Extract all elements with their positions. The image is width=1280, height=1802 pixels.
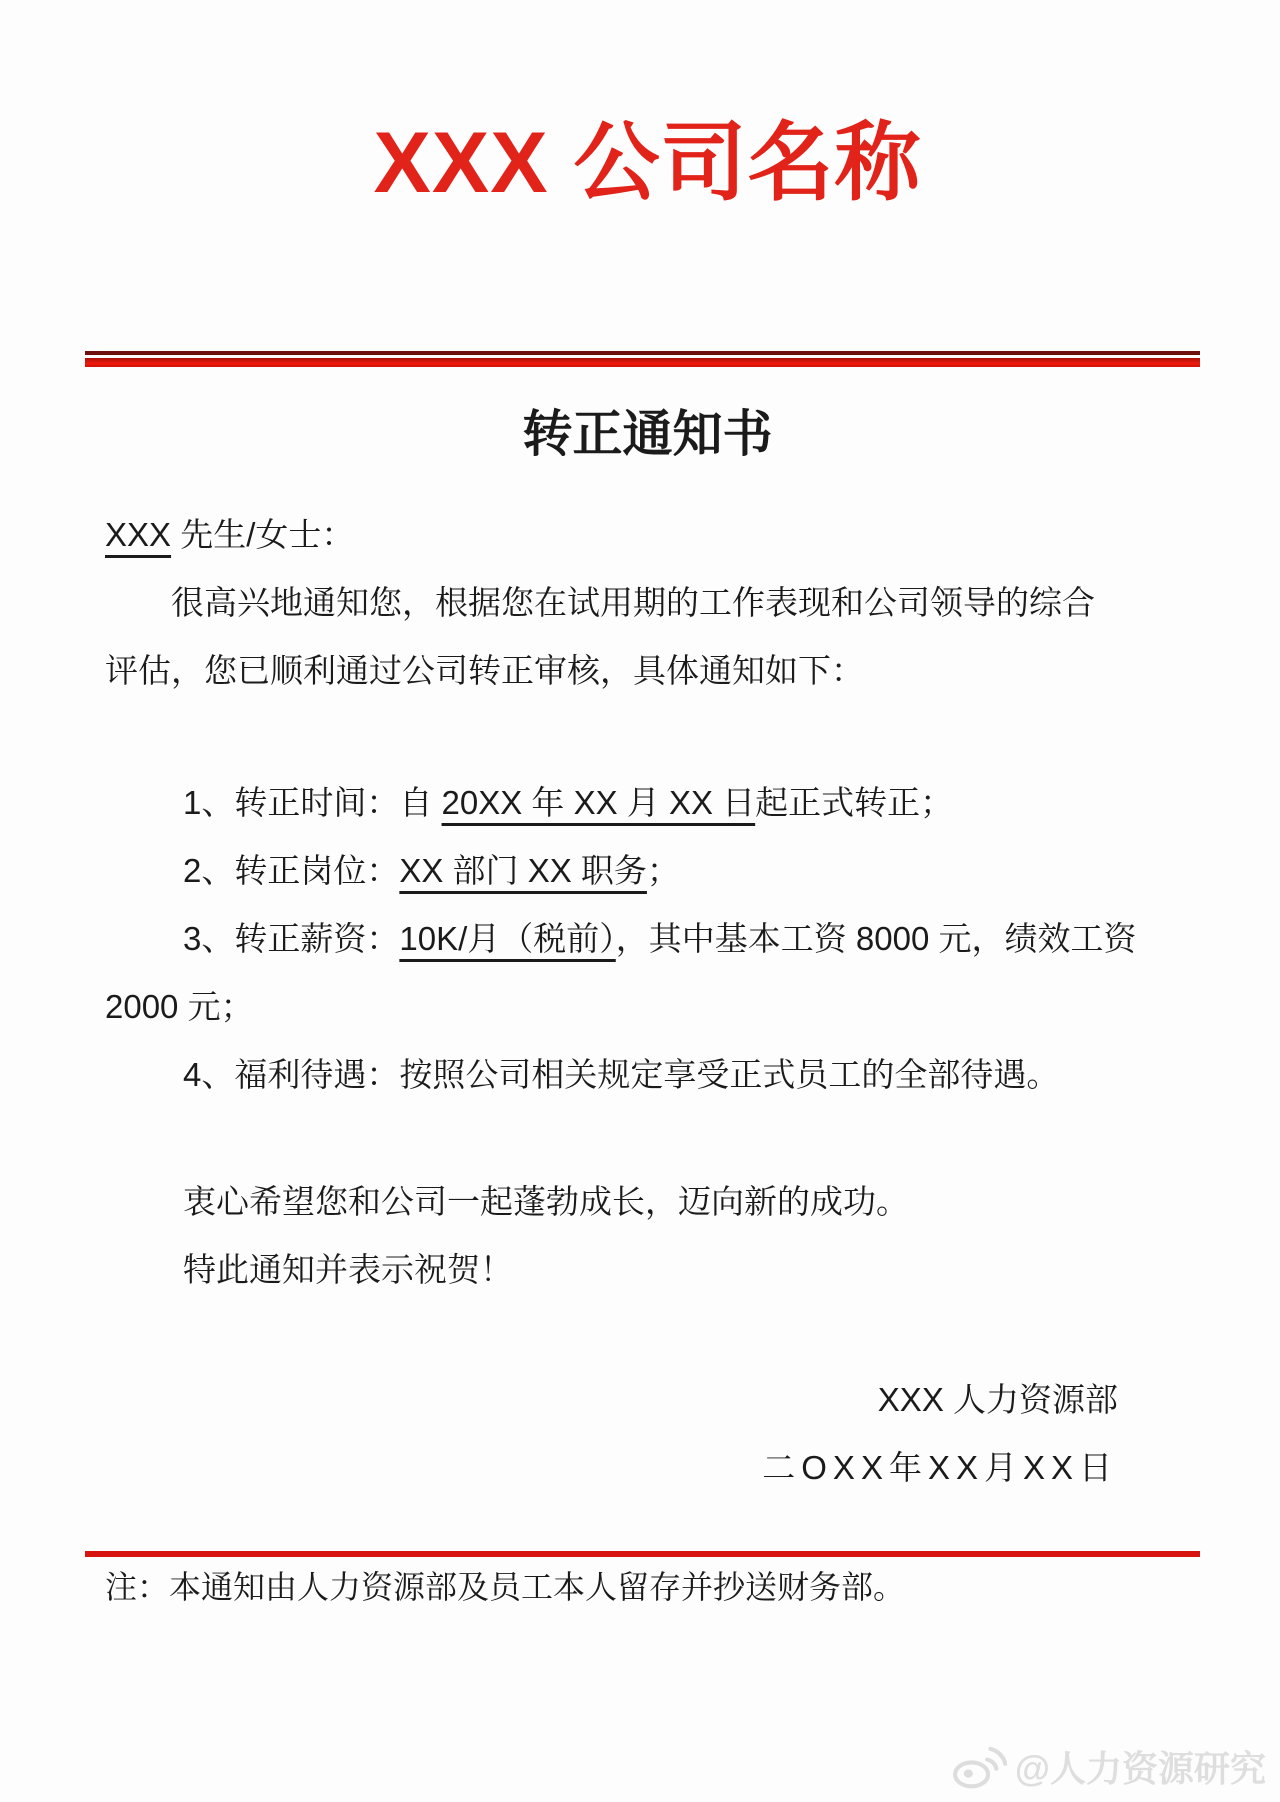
salutation: XXX 先生/女士： <box>105 501 1190 569</box>
notice-item-confirmation-date: 1、转正时间：自 20XX 年 XX 月 XX 日起正式转正； <box>105 769 1190 837</box>
notice-item-salary-continuation: 2000 元； <box>105 973 1190 1041</box>
notice-items: 1、转正时间：自 20XX 年 XX 月 XX 日起正式转正； 2、转正岗位：X… <box>105 769 1190 1109</box>
notice-item-salary: 3、转正薪资：10K/月（税前），其中基本工资 8000 元，绩效工资 <box>105 905 1190 973</box>
intro-line-2: 评估，您已顺利通过公司转正审核，具体通知如下： <box>105 637 1190 705</box>
signature-department: XXX 人力资源部 <box>105 1366 1118 1434</box>
watermark-text: @人力资源研究 <box>1015 1741 1266 1792</box>
header-divider-thick-line <box>85 358 1200 367</box>
intro-paragraph: 很高兴地通知您，根据您在试用期的工作表现和公司领导的综合 评估，您已顺利通过公司… <box>105 569 1190 705</box>
closing-line-2: 特此通知并表示祝贺！ <box>105 1236 1190 1304</box>
header-divider <box>85 351 1200 367</box>
intro-line-1: 很高兴地通知您，根据您在试用期的工作表现和公司领导的综合 <box>105 569 1190 637</box>
closing-line-1: 衷心希望您和公司一起蓬勃成长，迈向新的成功。 <box>105 1168 1190 1236</box>
employment-confirmation-notice: XXX 公司名称 转正通知书 XXX 先生/女士： 很高兴地通知您，根据您在试用… <box>0 112 1280 1617</box>
salutation-name: XXX <box>105 516 171 553</box>
position-underlined: XX 部门 XX 职务 <box>399 852 647 889</box>
document-title: 转正通知书 <box>105 403 1190 465</box>
company-name-title: XXX 公司名称 <box>105 112 1190 215</box>
notice-item-position: 2、转正岗位：XX 部门 XX 职务； <box>105 837 1190 905</box>
watermark: @人力资源研究 <box>951 1741 1266 1792</box>
closing-paragraph: 衷心希望您和公司一起蓬勃成长，迈向新的成功。 特此通知并表示祝贺！ <box>105 1168 1190 1304</box>
signature-date: 二OXX年XX月XX日 <box>105 1434 1118 1502</box>
signature-block: XXX 人力资源部 二OXX年XX月XX日 <box>105 1366 1190 1502</box>
notice-item-benefits: 4、福利待遇：按照公司相关规定享受正式员工的全部待遇。 <box>105 1041 1190 1109</box>
footnote: 注：本通知由人力资源部及员工本人留存并抄送财务部。 <box>105 1557 1190 1617</box>
salary-underlined: 10K/月（税前） <box>399 920 615 957</box>
confirmation-date-underlined: 20XX 年 XX 月 XX 日 <box>442 784 756 821</box>
salutation-suffix: 先生/女士： <box>171 516 354 553</box>
weibo-icon <box>951 1744 1007 1790</box>
